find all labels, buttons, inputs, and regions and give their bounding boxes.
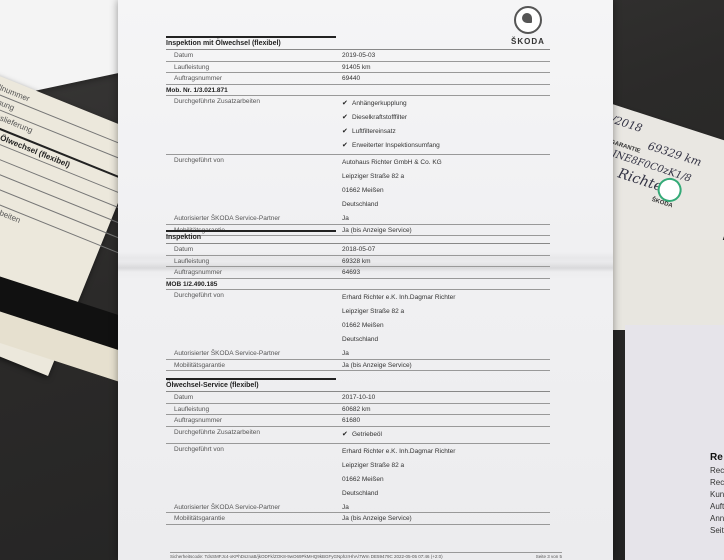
invoice-row: Anna bbox=[710, 514, 724, 523]
row-mobility: MobilitätsgarantieJa (bis Anzeige Servic… bbox=[166, 360, 550, 372]
row-partner: Autorisierter ŠKODA Service-PartnerJa bbox=[166, 348, 550, 360]
mob-number: MOB 1/2.490.185 bbox=[166, 279, 334, 288]
invoice-row: Rec bbox=[710, 466, 724, 475]
dealer-country: Deutschland bbox=[342, 199, 550, 213]
row-label: Auftragsnummer bbox=[166, 415, 342, 424]
extra-work-item: ✔Getriebeöl bbox=[342, 429, 550, 443]
extra-work-item: ✔Anhängerkupplung bbox=[342, 98, 550, 112]
checkmark-icon: ✔ bbox=[342, 140, 352, 151]
row-value: Ja bbox=[342, 502, 550, 511]
row-value: 69440 bbox=[342, 73, 550, 82]
page-footer: Sicherheitscode: TdsSMFJc4-xKPhDsznaB/jk… bbox=[170, 552, 562, 559]
row-datum: Datum2017-10-10 bbox=[166, 392, 550, 404]
row-label: Datum bbox=[166, 392, 342, 401]
service-entry-1: Inspektion mit Ölwechsel (flexibel) Datu… bbox=[166, 36, 550, 236]
row-value: Ja (bis Anzeige Service) bbox=[342, 360, 550, 369]
row-laufleistung: Laufleistung69328 km bbox=[166, 256, 550, 268]
row-auftragsnummer: Auftragsnummer61680 bbox=[166, 415, 550, 427]
row-performed-by: Durchgeführt von Erhard Richter e.K. Inh… bbox=[166, 444, 550, 502]
row-mob-number: MOB 1/2.490.185 bbox=[166, 279, 550, 291]
row-label: Datum bbox=[166, 244, 342, 253]
row-label: Mobilitätsgarantie bbox=[166, 513, 342, 522]
row-value: 61680 bbox=[342, 415, 550, 424]
section-title: Inspektion mit Ölwechsel (flexibel) bbox=[166, 38, 550, 50]
row-partner: Autorisierter ŠKODA Service-PartnerJa bbox=[166, 502, 550, 514]
dealer-name: Erhard Richter e.K. Inh.Dagmar Richter bbox=[342, 292, 550, 306]
row-value: 2019-05-03 bbox=[342, 50, 550, 59]
row-label: Durchgeführt von bbox=[166, 155, 342, 164]
invoice-row: Kund bbox=[710, 490, 724, 499]
security-code: Sicherheitscode: TdsSMFJc4-xKPhDsznaB/jk… bbox=[170, 554, 536, 559]
row-label: Mobilitätsgarantie bbox=[166, 360, 342, 369]
row-auftragsnummer: Auftragsnummer64693 bbox=[166, 267, 550, 279]
row-label: Auftragsnummer bbox=[166, 73, 342, 82]
row-label: Durchgeführt von bbox=[166, 290, 342, 299]
row-value: 69328 km bbox=[342, 256, 550, 265]
row-mobility: MobilitätsgarantieJa (bis Anzeige Servic… bbox=[166, 513, 550, 525]
page-number: Seite 3 von 5 bbox=[536, 554, 562, 559]
checkmark-icon: ✔ bbox=[342, 126, 352, 137]
row-value: Ja bbox=[342, 348, 550, 357]
row-performed-by: Durchgeführt von Autohaus Richter GmbH &… bbox=[166, 155, 550, 213]
service-history-page: ŠKODA Inspektion mit Ölwechsel (flexibel… bbox=[118, 0, 613, 560]
invoice-row: Rec bbox=[710, 478, 724, 487]
row-datum: Datum2018-05-07 bbox=[166, 244, 550, 256]
checkmark-icon: ✔ bbox=[342, 429, 352, 440]
row-partner: Autorisierter ŠKODA Service-PartnerJa bbox=[166, 213, 550, 225]
row-mob-number: Mob. Nr. 1/3.021.871 bbox=[166, 85, 550, 97]
dealer-name: Erhard Richter e.K. Inh.Dagmar Richter bbox=[342, 446, 550, 460]
row-auftragsnummer: Auftragsnummer69440 bbox=[166, 73, 550, 85]
dealer-street: Leipziger Straße 82 a bbox=[342, 460, 550, 474]
section-title: Inspektion bbox=[166, 232, 550, 244]
row-label: Laufleistung bbox=[166, 404, 342, 413]
row-label: Auftragsnummer bbox=[166, 267, 342, 276]
row-value: 60682 km bbox=[342, 404, 550, 413]
row-extra-work: Durchgeführte Zusatzarbeiten ✔Anhängerku… bbox=[166, 96, 550, 155]
extra-work-item: ✔Luftfiltereinsatz bbox=[342, 126, 550, 140]
dealer-street: Leipziger Straße 82 a bbox=[342, 171, 550, 185]
dealer-city: 01662 Meißen bbox=[342, 474, 550, 488]
row-label: Durchgeführte Zusatzarbeiten bbox=[166, 96, 342, 105]
row-label: Durchgeführte Zusatzarbeiten bbox=[166, 427, 342, 436]
invoice-row: Seite bbox=[710, 526, 724, 535]
row-label: Autorisierter ŠKODA Service-Partner bbox=[166, 502, 342, 511]
row-extra-work: Durchgeführte Zusatzarbeiten ✔Getriebeöl bbox=[166, 427, 550, 444]
dealer-name: Autohaus Richter GmbH & Co. KG bbox=[342, 157, 550, 171]
row-datum: Datum2019-05-03 bbox=[166, 50, 550, 62]
row-laufleistung: Laufleistung91405 km bbox=[166, 62, 550, 74]
mob-number: Mob. Nr. 1/3.021.871 bbox=[166, 85, 334, 94]
row-label: Laufleistung bbox=[166, 62, 342, 71]
invoice-heading: Re bbox=[710, 452, 723, 463]
dealer-country: Deutschland bbox=[342, 334, 550, 348]
invoice-row: Auftr bbox=[710, 502, 724, 511]
row-performed-by: Durchgeführt von Erhard Richter e.K. Inh… bbox=[166, 290, 550, 348]
dealer-street: Leipziger Straße 82 a bbox=[342, 306, 550, 320]
row-label: Autorisierter ŠKODA Service-Partner bbox=[166, 348, 342, 357]
background-cream-paper bbox=[595, 240, 724, 330]
extra-work-item: ✔Dieselkraftstofffilter bbox=[342, 112, 550, 126]
service-entry-2: Inspektion Datum2018-05-07 Laufleistung6… bbox=[166, 230, 550, 371]
row-value: 64693 bbox=[342, 267, 550, 276]
row-value: 2017-10-10 bbox=[342, 392, 550, 401]
dealer-city: 01662 Meißen bbox=[342, 320, 550, 334]
dealer-city: 01662 Meißen bbox=[342, 185, 550, 199]
checkmark-icon: ✔ bbox=[342, 112, 352, 123]
skoda-winged-arrow-icon bbox=[514, 6, 542, 34]
row-label: Datum bbox=[166, 50, 342, 59]
row-value: Ja (bis Anzeige Service) bbox=[342, 513, 550, 522]
checkmark-icon: ✔ bbox=[342, 98, 352, 109]
row-label: Autorisierter ŠKODA Service-Partner bbox=[166, 213, 342, 222]
row-value: 2018-05-07 bbox=[342, 244, 550, 253]
dealer-country: Deutschland bbox=[342, 488, 550, 502]
extra-work-item: ✔Erweiterter Inspektionsumfang bbox=[342, 140, 550, 154]
section-title: Ölwechsel-Service (flexibel) bbox=[166, 380, 550, 392]
row-laufleistung: Laufleistung60682 km bbox=[166, 404, 550, 416]
row-value: 91405 km bbox=[342, 62, 550, 71]
background-invoice-paper: Re Rec Rec Kund Auftr Anna Seite bbox=[625, 325, 724, 560]
row-label: Laufleistung bbox=[166, 256, 342, 265]
service-entry-3: Ölwechsel-Service (flexibel) Datum2017-1… bbox=[166, 378, 550, 525]
row-value: Ja bbox=[342, 213, 550, 222]
booklet-row: Durchgeführte Zusatzarbeiten bbox=[0, 177, 22, 225]
row-label: Durchgeführt von bbox=[166, 444, 342, 453]
